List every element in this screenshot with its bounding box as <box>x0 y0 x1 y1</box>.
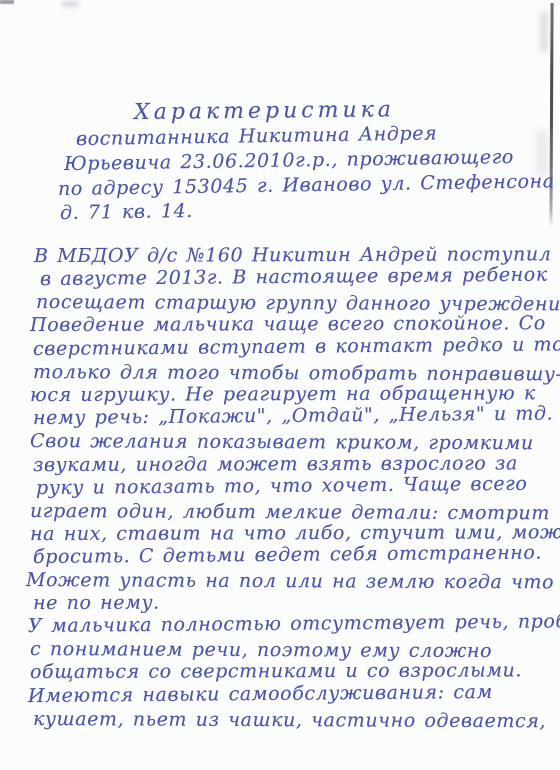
handwritten-line: Свои желания показывает криком, громкими <box>30 430 534 454</box>
handwritten-line: общаться со сверстниками и со взрослыми. <box>30 659 522 683</box>
document-page: Характеристика воспитанника Никитина Анд… <box>0 0 560 770</box>
handwritten-line: Может упасть на пол или на землю когда ч… <box>26 569 554 593</box>
handwritten-line: д. 71 кв. 14. <box>60 200 193 224</box>
handwritten-line: сверстниками вступает в контакт редко и … <box>33 333 560 360</box>
scan-smudge <box>541 12 547 52</box>
scan-corner-mark <box>0 0 14 4</box>
handwritten-line: Поведение мальчика чаще всего спокойное.… <box>30 312 546 336</box>
handwritten-line: нему речь: „Покажи", „Отдай", „Нельзя" и… <box>33 402 553 429</box>
handwritten-line: бросить. С детьми ведет себя отстраненно… <box>33 542 542 568</box>
scan-smudge <box>537 130 547 176</box>
handwritten-line: кушает, пьет из чашки, частично одеваетс… <box>33 708 546 732</box>
handwritten-line: не по нему. <box>33 592 160 614</box>
scan-smudge <box>62 1 78 7</box>
handwritten-line: руку и показать то, что хочет. Чаще всег… <box>36 473 528 499</box>
handwritten-line: в августе 2013г. В настоящее время ребен… <box>40 264 548 290</box>
handwritten-line: У мальчика полностью отсутствует речь, п… <box>28 610 560 637</box>
scan-edge-line <box>549 3 553 227</box>
document-title: Характеристика <box>134 97 395 125</box>
handwritten-line: по адресу 153045 г. Иваново ул. Стефенсо… <box>58 170 555 200</box>
handwritten-line: Юрьевича 23.06.2010г.р., проживающего <box>64 146 514 175</box>
handwritten-line: с пониманием речи, поэтому ему сложно <box>30 638 492 662</box>
handwritten-line: Имеются навыки самообслуживания: сам <box>28 681 493 707</box>
handwritten-line: воспитанника Никитина Андрея <box>76 122 438 150</box>
